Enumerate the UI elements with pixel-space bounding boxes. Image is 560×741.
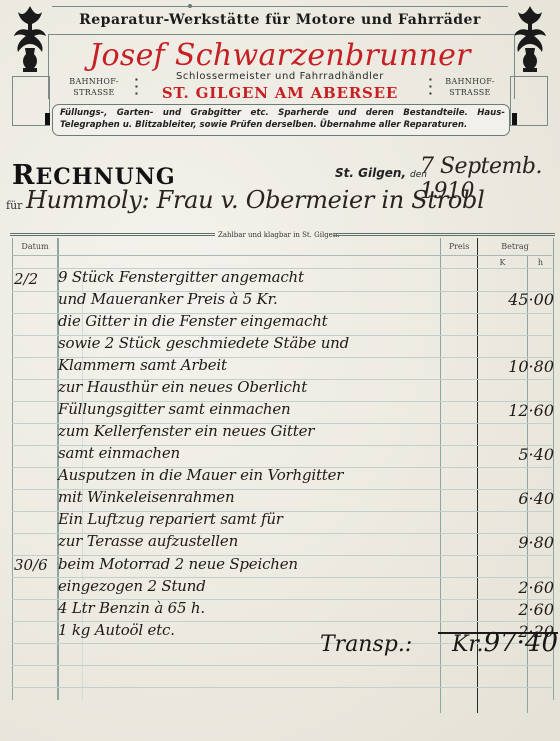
double-rule-right <box>333 233 555 236</box>
services-text: Füllungs-, Garten- und Grabgitter etc. S… <box>60 107 505 131</box>
header-amount: Betrag <box>478 242 552 251</box>
dot-divider-left: ▪▪▪ <box>135 76 140 97</box>
bar-mark-right <box>512 113 517 125</box>
handwritten-recipient: Hummoly: Frau v. Obermeier in Strobl <box>26 186 484 214</box>
street-label-right: BAHNHOF- STRASSE <box>440 76 500 98</box>
total-label: Transp.: <box>320 632 412 657</box>
double-rule-left <box>10 233 215 236</box>
row-line <box>12 687 552 688</box>
price-column-line <box>440 238 441 713</box>
header-line <box>12 255 552 256</box>
street-label-left: BAHNHOF- STRASSE <box>64 76 124 98</box>
dot-divider-right: ▪▪▪ <box>429 76 434 97</box>
workshop-heading: Reparatur-Werkstätte für Motore und Fahr… <box>0 12 560 28</box>
rule-dot <box>188 4 192 8</box>
header-date: Datum <box>14 242 56 251</box>
column-line <box>12 238 13 700</box>
total-amount: 97·40 <box>478 628 558 658</box>
header-heller: h <box>528 258 553 267</box>
bar-mark-left <box>45 113 50 125</box>
payable-note: Zahlbar und klagbar in St. Gilgen. <box>218 231 340 239</box>
header-price: Preis <box>441 242 477 251</box>
place-date-label: St. Gilgen,den <box>335 166 431 180</box>
for-label: für <box>6 199 22 212</box>
header-kronen: K <box>478 258 527 267</box>
row-line <box>12 665 552 666</box>
top-rule <box>52 6 508 7</box>
owner-name: Josef Schwarzenbrunner <box>0 38 560 73</box>
